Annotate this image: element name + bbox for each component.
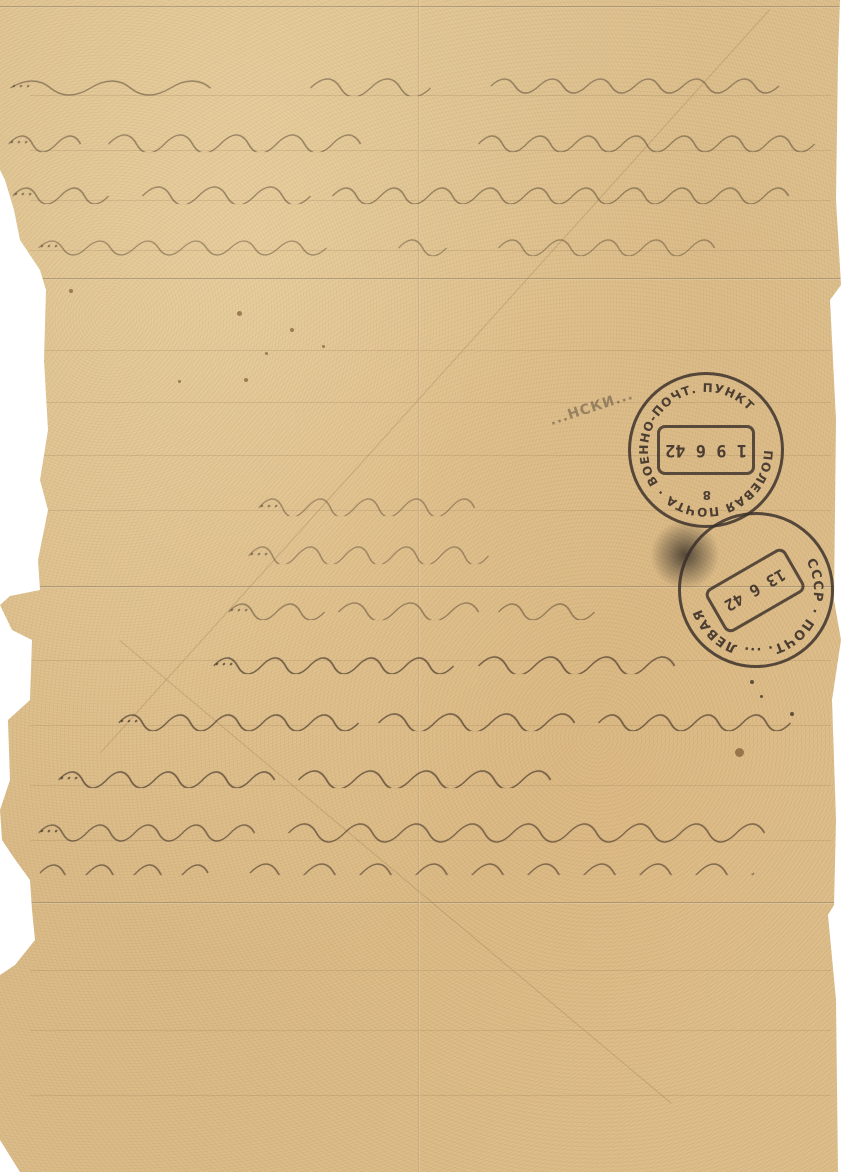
stain (735, 748, 744, 757)
handwriting-line: ... (248, 538, 533, 560)
ruled-line (30, 970, 831, 971)
stain (178, 380, 181, 383)
stain (322, 345, 325, 348)
fold-line-vertical (418, 0, 420, 1172)
fold-line (0, 6, 841, 8)
handwriting-line: ... (8, 126, 833, 148)
ink-dot (790, 712, 794, 716)
handwriting-line: ... (38, 815, 783, 837)
stain (237, 311, 242, 316)
stain (244, 378, 248, 382)
handwriting-line: ... (213, 648, 698, 670)
stain (265, 352, 268, 355)
fold-line (0, 902, 841, 904)
handwriting-line: ... (118, 705, 823, 727)
letter-paper: ... ... ... ... ... ... ... (0, 0, 841, 1172)
ink-dot (760, 695, 763, 698)
handwriting-line: ... (12, 178, 837, 200)
stain (290, 328, 294, 332)
postmark-date-box: 1 9 6 42 (657, 425, 755, 475)
handwriting-line: ... (38, 230, 763, 252)
stain (69, 289, 73, 293)
handwriting-line: ... (10, 70, 835, 92)
ruled-line (30, 1095, 831, 1096)
ruled-line (30, 1030, 831, 1031)
ink-dot (750, 680, 754, 684)
postmark-serial: 8 (703, 488, 711, 502)
ruled-line (30, 350, 831, 351)
fold-line (0, 278, 841, 280)
handwriting-line: ... (258, 490, 523, 512)
handwriting-line: ... (228, 594, 603, 616)
handwriting-line: ... (58, 762, 603, 784)
